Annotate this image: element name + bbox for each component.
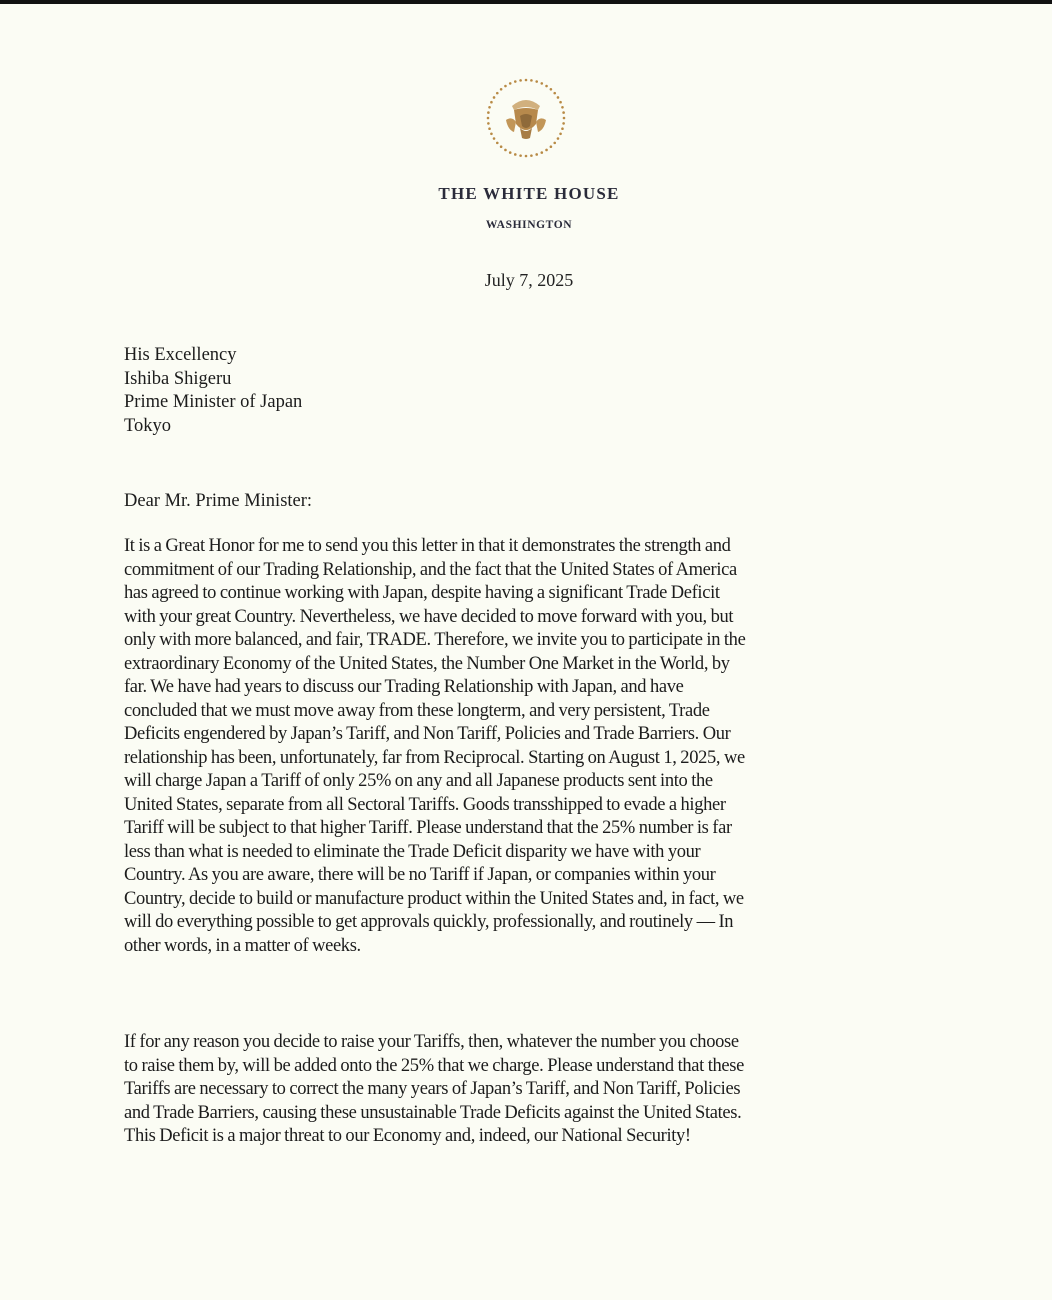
paragraph-line: United States, separate from all Sectora… [124,794,944,818]
body-paragraph-1: It is a Great Honor for me to send you t… [124,535,944,958]
letter-date: July 7, 2025 [0,270,1052,291]
recipient-line: Ishiba Shigeru [124,368,302,392]
paragraph-line: far. We have had years to discuss our Tr… [124,676,944,700]
presidential-seal-icon [484,76,568,160]
paragraph-line: Country. As you are aware, there will be… [124,864,944,888]
paragraph-line: only with more balanced, and fair, TRADE… [124,629,944,653]
paragraph-line: If for any reason you decide to raise yo… [124,1031,944,1055]
paragraph-line: extraordinary Economy of the United Stat… [124,653,944,677]
paragraph-line: Deficits engendered by Japan’s Tariff, a… [124,723,944,747]
paragraph-line: concluded that we must move away from th… [124,700,944,724]
salutation: Dear Mr. Prime Minister: [124,491,312,512]
paragraph-line: will charge Japan a Tariff of only 25% o… [124,770,944,794]
recipient-line: His Excellency [124,344,302,368]
paragraph-line: This Deficit is a major threat to our Ec… [124,1125,944,1149]
paragraph-line: Tariff will be subject to that higher Ta… [124,817,944,841]
image-top-border [0,0,1052,4]
paragraph-line: commitment of our Trading Relationship, … [124,559,944,583]
recipient-address: His Excellency Ishiba Shigeru Prime Mini… [124,344,302,438]
body-paragraph-2: If for any reason you decide to raise yo… [124,1031,944,1149]
paragraph-line: less than what is needed to eliminate th… [124,841,944,865]
paragraph-line: to raise them by, will be added onto the… [124,1055,944,1079]
recipient-line: Prime Minister of Japan [124,391,302,415]
paragraph-line: other words, in a matter of weeks. [124,935,944,959]
paragraph-line: and Trade Barriers, causing these unsust… [124,1102,944,1126]
paragraph-line: Tariffs are necessary to correct the man… [124,1078,944,1102]
paragraph-line: will do everything possible to get appro… [124,911,944,935]
letterhead-title: THE WHITE HOUSE [0,184,1052,204]
paragraph-line: relationship has been, unfortunately, fa… [124,747,944,771]
recipient-line: Tokyo [124,415,302,439]
letterhead-subtitle: WASHINGTON [0,219,1052,231]
paragraph-line: with your great Country. Nevertheless, w… [124,606,944,630]
paragraph-line: has agreed to continue working with Japa… [124,582,944,606]
paragraph-line: It is a Great Honor for me to send you t… [124,535,944,559]
paragraph-line: Country, decide to build or manufacture … [124,888,944,912]
